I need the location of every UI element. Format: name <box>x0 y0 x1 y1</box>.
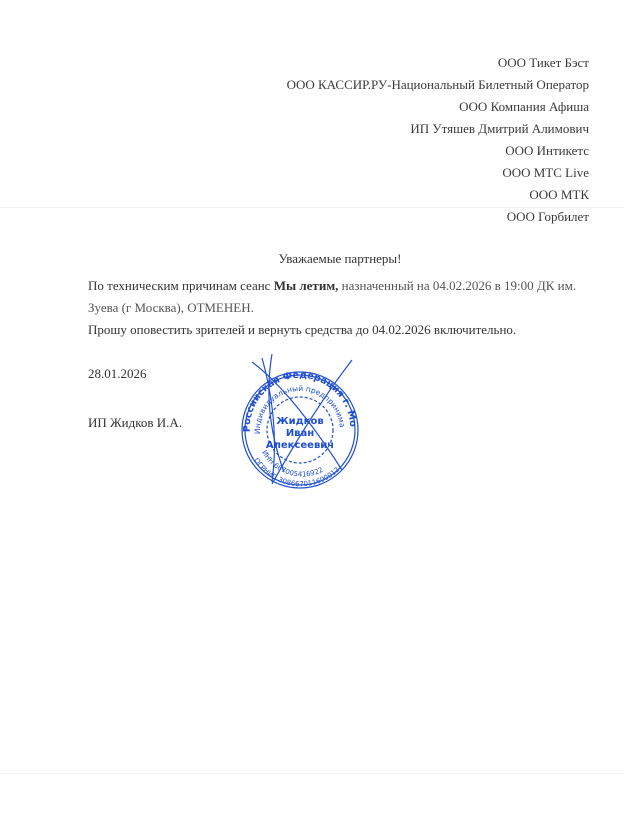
signer-name: ИП Жидков И.А. <box>88 415 182 431</box>
body-line-1-prefix: По техническим причинам сеанс <box>88 278 274 293</box>
letter-body: По техническим причинам сеанс Мы летим, … <box>88 275 588 341</box>
scan-artifact-line <box>0 773 624 774</box>
addressee: ООО КАССИР.РУ-Национальный Билетный Опер… <box>287 74 589 96</box>
svg-text:Жидков: Жидков <box>276 416 323 427</box>
body-line-3: Прошу оповестить зрителей и вернуть сред… <box>88 319 588 341</box>
addressee: ООО Горбилет <box>287 206 589 228</box>
letter-date: 28.01.2026 <box>88 366 147 382</box>
body-line-1: По техническим причинам сеанс Мы летим, … <box>88 275 588 297</box>
addressee: ИП Утяшев Дмитрий Алимович <box>287 118 589 140</box>
addressee-list: ООО Тикет Бэст ООО КАССИР.РУ-Национальны… <box>287 52 589 228</box>
svg-text:Алексеевич: Алексеевич <box>266 440 334 451</box>
letter-page: ООО Тикет Бэст ООО КАССИР.РУ-Национальны… <box>0 0 624 833</box>
body-line-1-suffix: назначенный на 04.02.2026 в 19:00 ДК им. <box>338 278 576 293</box>
addressee: ООО МТС Live <box>287 162 589 184</box>
event-name: Мы летим, <box>274 278 339 293</box>
addressee: ООО Тикет Бэст <box>287 52 589 74</box>
addressee: ООО Интикетс <box>287 140 589 162</box>
svg-text:Иван: Иван <box>286 428 314 439</box>
addressee: ООО Компания Афиша <box>287 96 589 118</box>
official-stamp: Российская Федерация г. Москва Индивидуа… <box>232 352 367 490</box>
greeting: Уважаемые партнеры! <box>0 251 624 267</box>
addressee: ООО МТК <box>287 184 589 206</box>
body-line-2: Зуева (г Москва), ОТМЕНЕН. <box>88 297 588 319</box>
